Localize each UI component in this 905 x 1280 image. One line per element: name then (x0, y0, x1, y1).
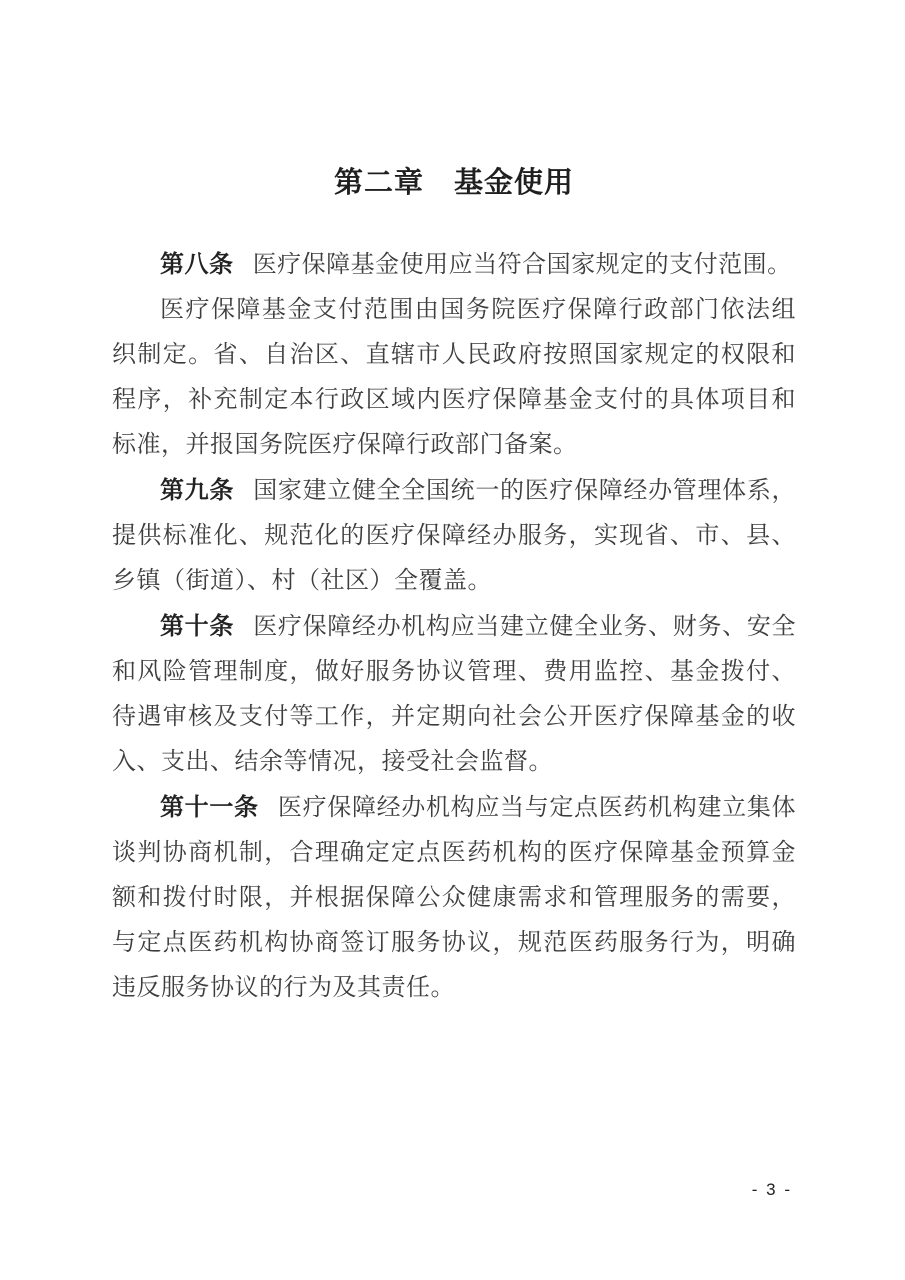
article-paragraph: 第十一条医疗保障经办机构应当与定点医药机构建立集体谈判协商机制，合理确定定点医药… (112, 785, 796, 1011)
article-paragraph: 医疗保障基金支付范围由国务院医疗保障行政部门依法组织制定。省、自治区、直辖市人民… (112, 288, 796, 468)
document-content: 第二章 基金使用 第八条医疗保障基金使用应当符合国家规定的支付范围。 医疗保障基… (112, 158, 796, 1011)
chapter-title: 第二章 基金使用 (112, 158, 796, 208)
article-paragraph: 第八条医疗保障基金使用应当符合国家规定的支付范围。 (112, 242, 796, 288)
article-term: 第十条 (160, 613, 234, 640)
article-paragraph: 第十条医疗保障经办机构应当建立健全业务、财务、安全和风险管理制度，做好服务协议管… (112, 604, 796, 785)
article-text: 医疗保障基金使用应当符合国家规定的支付范围。 (253, 252, 792, 278)
article-text: 医疗保障经办机构应当与定点医药机构建立集体谈判协商机制，合理确定定点医药机构的医… (112, 795, 796, 1001)
article-text: 医疗保障基金支付范围由国务院医疗保障行政部门依法组织制定。省、自治区、直辖市人民… (112, 297, 796, 458)
article-term: 第八条 (160, 251, 234, 278)
article-term: 第九条 (160, 477, 234, 504)
page-number: - 3 - (752, 1180, 792, 1200)
article-term: 第十一条 (160, 794, 259, 821)
article-paragraph: 第九条国家建立健全全国统一的医疗保障经办管理体系，提供标准化、规范化的医疗保障经… (112, 468, 796, 604)
document-page: 第二章 基金使用 第八条医疗保障基金使用应当符合国家规定的支付范围。 医疗保障基… (0, 0, 905, 1280)
body-text: 第八条医疗保障基金使用应当符合国家规定的支付范围。 医疗保障基金支付范围由国务院… (112, 242, 796, 1011)
